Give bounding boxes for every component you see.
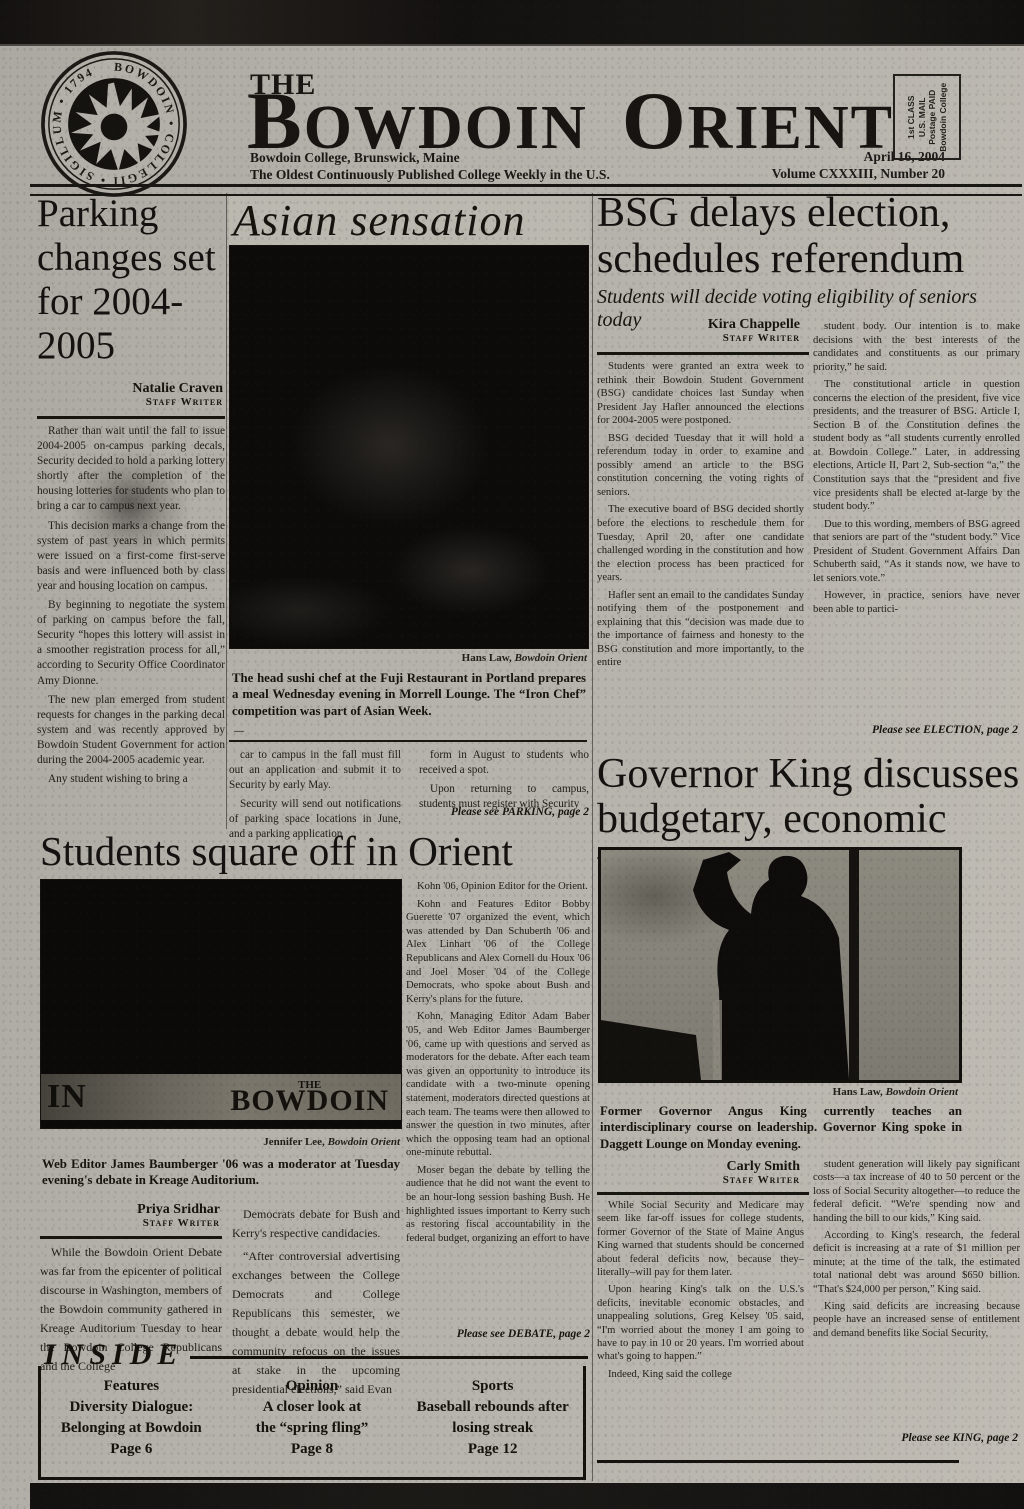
article-paragraph: Kohn '06, Opinion Editor for the Orient. xyxy=(406,880,590,894)
sushi-photo-caption: The head sushi chef at the Fuji Restaura… xyxy=(232,670,586,719)
inside-section-page: Page 8 xyxy=(222,1439,403,1460)
inside-section-line: A closer look at xyxy=(222,1397,403,1418)
masthead-address: Bowdoin College, Brunswick, Maine xyxy=(250,150,460,166)
byline-role: Staff Writer xyxy=(37,397,223,409)
debate-jump-line: Please see DEBATE, page 2 xyxy=(406,1328,590,1340)
masthead-tagline: The Oldest Continuously Published Colleg… xyxy=(250,167,610,183)
article-paragraph: Any student wishing to bring a xyxy=(37,772,225,787)
article-paragraph: Due to this wording, members of BSG agre… xyxy=(813,518,1020,586)
king-silhouette xyxy=(601,850,959,1080)
inside-section-page: Page 6 xyxy=(41,1439,222,1460)
inside-section-line: losing streak xyxy=(402,1418,583,1439)
issue-volume: Volume CXXXIII, Number 20 xyxy=(700,166,945,182)
section-rule xyxy=(229,740,587,742)
article-paragraph: However, in practice, seniors have never… xyxy=(813,589,1020,616)
credit-name: Jennifer Lee, xyxy=(263,1136,327,1148)
bottom-scan-bar xyxy=(30,1483,1024,1509)
screen-text-in: IN xyxy=(47,1078,87,1116)
photo-credit: Hans Law, Bowdoin Orient xyxy=(229,652,587,664)
byline-name: Kira Chappelle xyxy=(708,317,800,332)
inside-features: Features Diversity Dialogue: Belonging a… xyxy=(41,1376,222,1477)
king-byline: Carly Smith Staff Writer xyxy=(650,1160,800,1186)
article-paragraph: While Social Security and Medicare may s… xyxy=(597,1199,804,1279)
credit-name: Hans Law, xyxy=(833,1086,886,1098)
king-photo-caption: Former Governor Angus King currently tea… xyxy=(600,1103,962,1152)
bowdoin-college-seal: BOWDOIN • COLLEGII • SIGILLUM • 1794 xyxy=(40,50,188,198)
article-paragraph: Democrats debate for Bush and Kerry's re… xyxy=(232,1205,400,1243)
king-article-col2: student generation will likely pay signi… xyxy=(813,1158,1020,1344)
bsg-headline: BSG delays election, schedules referendu… xyxy=(597,190,1021,282)
inside-section-line: Baseball rebounds after xyxy=(402,1397,583,1418)
headline-line: Governor King discusses xyxy=(597,751,1019,797)
screen-text-bowdoin: THE BOWDOIN xyxy=(230,1081,389,1114)
bsg-article-col1: Students were granted an extra week to r… xyxy=(597,360,804,674)
article-paragraph: student body. Our intention is to make d… xyxy=(813,320,1020,374)
parking-jump-line: Please see PARKING, page 2 xyxy=(419,806,589,818)
postage-stamp-text: 1st CLASS U.S. MAIL Postage PAID Bowdoin… xyxy=(906,83,949,152)
byline-role: Staff Writer xyxy=(100,1218,220,1230)
article-paragraph: Kohn, Managing Editor Adam Baber '05, an… xyxy=(406,1010,590,1160)
top-scan-bar xyxy=(0,0,1024,44)
byline-name: Carly Smith xyxy=(727,1159,801,1174)
byline-name: Natalie Craven xyxy=(132,381,223,396)
article-paragraph: The constitutional article in question c… xyxy=(813,378,1020,513)
newspaper-front-page: BOWDOIN • COLLEGII • SIGILLUM • 1794 THE… xyxy=(0,0,1024,1509)
bsg-jump-line: Please see ELECTION, page 2 xyxy=(813,724,1018,736)
stamp-line: Bowdoin College xyxy=(938,83,948,152)
byline-role: Staff Writer xyxy=(650,1175,800,1187)
headline-line: BSG delays election, xyxy=(597,190,950,236)
inside-section-page: Page 12 xyxy=(402,1439,583,1460)
section-rule xyxy=(597,1460,959,1463)
debate-photo: IN THE BOWDOIN xyxy=(40,879,402,1129)
article-paragraph: The executive board of BSG decided short… xyxy=(597,503,804,584)
inside-rule xyxy=(190,1356,588,1359)
article-paragraph: form in August to students who received … xyxy=(419,748,589,778)
byline-name: Priya Sridhar xyxy=(137,1202,220,1217)
ink-smudge xyxy=(70,450,190,560)
photo-highlight xyxy=(390,526,550,616)
asian-sensation-headline: Asian sensation xyxy=(229,195,525,246)
credit-publication: Bowdoin Orient xyxy=(886,1086,958,1098)
byline-role: Staff Writer xyxy=(640,333,800,345)
article-paragraph: Upon hearing King's talk on the U.S.'s d… xyxy=(597,1283,804,1363)
inside-section-line: the “spring fling” xyxy=(222,1418,403,1439)
article-paragraph: Hafler sent an email to the candidates S… xyxy=(597,589,804,670)
column-divider xyxy=(592,193,593,1481)
article-paragraph: car to campus in the fall must fill out … xyxy=(229,748,401,793)
stamp-line: 1st CLASS xyxy=(906,95,916,138)
governor-king-photo xyxy=(598,847,962,1083)
article-paragraph: The new plan emerged from student reques… xyxy=(37,693,225,768)
king-article-col1: While Social Security and Medicare may s… xyxy=(597,1199,804,1385)
bsg-article-col2: student body. Our intention is to make d… xyxy=(813,320,1020,620)
byline-rule xyxy=(597,352,809,355)
byline-rule xyxy=(597,1192,809,1195)
inside-section-line: Belonging at Bowdoin xyxy=(41,1418,222,1439)
inside-section-name: Opinion xyxy=(222,1376,403,1397)
credit-publication: Bowdoin Orient xyxy=(515,652,587,664)
article-paragraph: According to King's research, the federa… xyxy=(813,1229,1020,1296)
caption-end-mark: — xyxy=(234,726,244,737)
photo-highlight xyxy=(229,576,390,646)
article-paragraph: King said deficits are increasing becaus… xyxy=(813,1300,1020,1340)
asian-sensation-headline-band: Asian sensation xyxy=(229,196,589,245)
inside-opinion: Opinion A closer look at the “spring fli… xyxy=(222,1376,403,1477)
inside-box: Features Diversity Dialogue: Belonging a… xyxy=(38,1366,586,1480)
inside-section-line: Diversity Dialogue: xyxy=(41,1397,222,1418)
photo-highlight xyxy=(290,366,490,526)
bsg-byline: Kira Chappelle Staff Writer xyxy=(640,318,800,344)
debate-photo-caption: Web Editor James Baumberger '06 was a mo… xyxy=(42,1156,400,1189)
stamp-line: U.S. MAIL xyxy=(916,97,926,137)
king-jump-line: Please see KING, page 2 xyxy=(813,1432,1018,1444)
credit-name: Hans Law, xyxy=(462,652,515,664)
debate-article-col3: Kohn '06, Opinion Editor for the Orient.… xyxy=(406,880,590,1249)
article-paragraph: student generation will likely pay signi… xyxy=(813,1158,1020,1225)
article-paragraph: BSG decided Tuesday that it will hold a … xyxy=(597,432,804,500)
stamp-line: Postage PAID xyxy=(927,89,937,144)
article-paragraph: Indeed, King said the college xyxy=(597,1368,804,1381)
article-paragraph: Students were granted an extra week to r… xyxy=(597,360,804,428)
article-paragraph: Kohn and Features Editor Bobby Guerette … xyxy=(406,898,590,1007)
byline-rule xyxy=(40,1236,222,1239)
article-paragraph: Moser began the debate by telling the au… xyxy=(406,1164,590,1246)
parking-headline: Parking changes set for 2004-2005 xyxy=(37,192,227,368)
debate-byline: Priya Sridhar Staff Writer xyxy=(100,1203,220,1229)
inside-sports: Sports Baseball rebounds after losing st… xyxy=(402,1376,583,1477)
screen-text-bowdoin-word: BOWDOIN xyxy=(230,1084,389,1117)
debate-photo-screen-band: IN THE BOWDOIN xyxy=(41,1074,401,1120)
article-paragraph: By beginning to negotiate the system of … xyxy=(37,598,225,689)
parking-byline: Natalie Craven Staff Writer xyxy=(37,382,223,408)
headline-line: schedules referendum xyxy=(597,236,964,282)
sushi-chef-photo xyxy=(229,245,589,649)
credit-publication: Bowdoin Orient xyxy=(328,1136,400,1148)
inside-section-name: Features xyxy=(41,1376,222,1397)
byline-rule xyxy=(37,416,225,419)
photo-credit: Hans Law, Bowdoin Orient xyxy=(598,1086,958,1098)
photo-credit: Jennifer Lee, Bowdoin Orient xyxy=(40,1136,400,1148)
inside-section-name: Sports xyxy=(402,1376,583,1397)
postage-stamp-box: 1st CLASS U.S. MAIL Postage PAID Bowdoin… xyxy=(893,74,961,160)
